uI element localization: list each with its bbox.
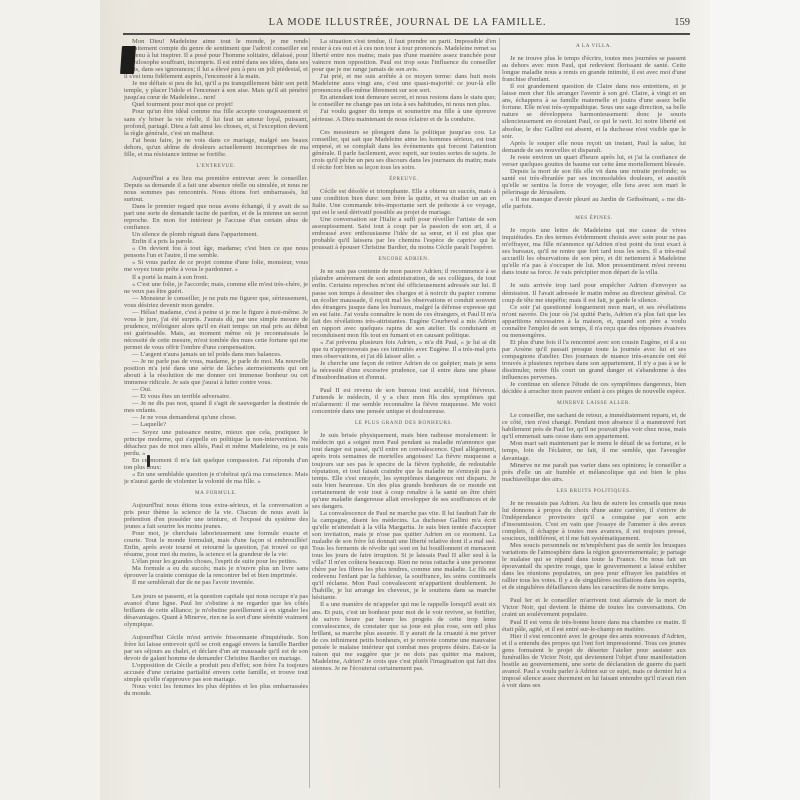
paragraph: Dans le premier regard que nous avons éc… (124, 203, 308, 231)
paragraph: Un silence de plomb régnait dans l'appar… (124, 231, 308, 238)
paragraph: — Et vous êtes un terrible adversaire. (124, 393, 308, 400)
paragraph: Je ne trouve plus le temps d'écrire, tou… (502, 55, 686, 83)
paragraph: Paul Ier et le conseiller m'arrivent tou… (502, 597, 686, 618)
column-divider (309, 38, 310, 788)
paragraph: « C'est une folie, je l'accorde; mais, c… (124, 281, 308, 295)
paragraph: Je reçois une lettre de Madeleine qui me… (502, 227, 686, 276)
text-column-3: A LA VILLA.Je ne trouve plus le temps d'… (502, 38, 686, 778)
text-column-2: La situation s'est tendue, il faut prend… (312, 38, 496, 778)
paragraph: Nous voici les femmes les plus dépitées … (124, 683, 308, 697)
paragraph: En ce moment il m'a fait quelque compass… (124, 457, 308, 471)
paragraph: — Soyez une puissance neutre, mieux que … (124, 429, 308, 457)
paragraph: Je continue en silence l'étude de ces sy… (502, 381, 686, 395)
column-divider (499, 38, 500, 788)
paragraph: — Je ne parle pas de vous, madame, je pa… (124, 358, 308, 386)
section-heading: MES ÉPINES. (502, 215, 686, 222)
paragraph: Depuis la mort de son fils elle vit dans… (502, 168, 686, 196)
paragraph: Mon Dieu! Madeleine aime tout le monde, … (124, 38, 308, 80)
paragraph: Paul II est venu de très-bonne heure dan… (502, 619, 686, 633)
paragraph: Ce soir j'ai questionné longuement mon m… (502, 304, 686, 339)
paragraph: « En une semblable question je n'obéirai… (124, 471, 308, 485)
paragraph: Après le souper elle nous reçoit un inst… (502, 140, 686, 154)
paragraph: — Monsieur le conseiller, je ne puis me … (124, 295, 308, 309)
paragraph: — L'argent n'aura jamais un tel poids da… (124, 351, 308, 358)
section-heading: LE PLUS GRAND DES BONHEURS. (312, 420, 496, 427)
paragraph: Je suis arrivée trop tard pour empêcher … (502, 282, 686, 303)
section-heading: ÉPREUVE. (312, 176, 496, 183)
paragraph: Il est grandement question de Claire dan… (502, 83, 686, 139)
paragraph: Je reste environ un quart d'heure après … (502, 154, 686, 168)
paragraph: « J'ai prévenu plusieurs fois Adrien, » … (312, 339, 496, 360)
paragraph: Ces messieurs se plongent dans la politi… (312, 129, 496, 171)
paragraph: « Il me manque d'avoir pleuré au Jardin … (502, 196, 686, 210)
page-margin (710, 0, 800, 800)
page-number: 159 (674, 17, 690, 28)
paragraph: — Je ne dis pas non, quand il s'agit de … (124, 400, 308, 414)
paragraph: — Laquelle? (124, 421, 308, 428)
header-rule (123, 33, 690, 35)
paragraph: — Hélas! madame, c'est à peine si je me … (124, 309, 308, 351)
paragraph: — Je ne vous demanderai qu'une chose. (124, 414, 308, 421)
paragraph: Je me défiais si peu de lui, qu'il a pu … (124, 80, 308, 101)
paragraph: Pour qu'un être idéal comme ma fille acc… (124, 108, 308, 136)
paragraph: « Si vous parlez de ce projet comme d'un… (124, 259, 308, 273)
paragraph: Quel tourment pour moi que ce projet! (124, 101, 308, 108)
paragraph: Enfin il a pris la parole. (124, 238, 308, 245)
paragraph: J'ai beau faire, je ne vois dans ce mari… (124, 137, 308, 158)
paragraph: Minerve ne me paraît pas varier dans ses… (502, 462, 686, 483)
section-heading: A LA VILLA. (502, 43, 686, 50)
paragraph: Et plus d'une fois il l'a rencontré avec… (502, 339, 686, 381)
ink-mark (147, 455, 150, 467)
section-heading: MA FORMULE. (124, 490, 308, 497)
paragraph: Je cherche une façon de retirer Adrien d… (312, 360, 496, 381)
paragraph: Hier il s'est rencontré avec le groupe d… (502, 633, 686, 689)
paragraph: Il a une manière de m'appeler qui me le … (312, 601, 496, 671)
paragraph: J'ai prié, et me suis arrêtée à ce moyen… (312, 73, 496, 94)
paragraph: Une conversation sur l'Italie a suffi po… (312, 216, 496, 251)
paragraph: Je suis brisée physiquement, mais bien r… (312, 432, 496, 510)
running-header: LA MODE ILLUSTRÉE, JOURNAL DE LA FAMILLE… (125, 17, 690, 33)
paragraph: La convalescence de Paul ne marche pas v… (312, 510, 496, 602)
paragraph: Mes soucis personnels ne m'empêchent pas… (502, 542, 686, 591)
text-column-1: Mon Dieu! Madeleine aime tout le monde, … (124, 38, 308, 778)
journal-title: LA MODE ILLUSTRÉE, JOURNAL DE LA FAMILLE… (125, 17, 690, 28)
section-heading: ENCORE ADRIEN. (312, 256, 496, 263)
paragraph: Mon mari sait maintenant par le menu le … (502, 440, 686, 461)
section-heading: MINERVE LAISSE ALLER. (502, 400, 686, 407)
paragraph: J'ai voulu gagner du temps et soumettre … (312, 108, 496, 122)
paragraph: Ma formule a eu du succès; mais je n'ouv… (124, 565, 308, 579)
paragraph: Aujourd'hui a eu lieu ma première entrev… (124, 175, 308, 203)
paragraph: L'élan pour les grandes choses, l'esprit… (124, 558, 308, 565)
paragraph: — Oui. (124, 386, 308, 393)
paragraph: En attendant tout demeure secret, et nou… (312, 94, 496, 108)
paragraph: Les jours se passent, et la question cap… (124, 593, 308, 628)
paragraph: L'opposition de Cécile a produit peu d'e… (124, 662, 308, 683)
paragraph: Il a porté la main à son front. (124, 274, 308, 281)
paragraph: Cécile est désolée et triomphante. Elle … (312, 188, 496, 216)
paragraph: Paul II est revenu de son bureau tout ac… (312, 387, 496, 415)
paragraph: Je ne suis pas contente de mon pauvre Ad… (312, 268, 496, 338)
paragraph: Le conseiller, me sachant de retour, a i… (502, 412, 686, 440)
paragraph: « On devient fou à tout âge, madame; c'e… (124, 245, 308, 259)
paragraph: Aujourd'hui Cécile m'est arrivée frisson… (124, 634, 308, 662)
ink-stain (120, 46, 136, 74)
paragraph: Pour moi, je cherchais laborieusement un… (124, 530, 308, 558)
section-heading: LES BRUITS POLITIQUES. (502, 488, 686, 495)
paragraph: Il me semblerait dur de ne pas l'avoir i… (124, 579, 308, 586)
section-heading: L'ENTREVUE. (124, 163, 308, 170)
paragraph: La situation s'est tendue, il faut prend… (312, 38, 496, 73)
paragraph: Je ne ressaisis pas Adrien. Au lieu de s… (502, 500, 686, 542)
paragraph: Aujourd'hui nous étions tous extra-série… (124, 502, 308, 530)
